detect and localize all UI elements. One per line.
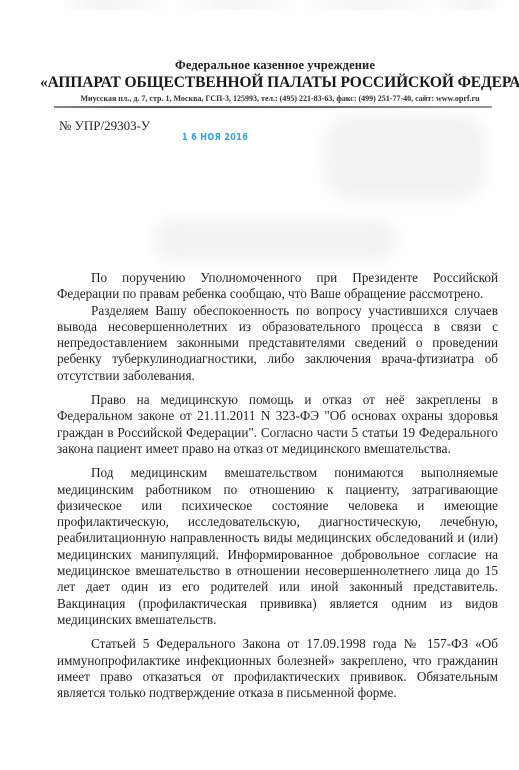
redacted-salutation [155, 220, 395, 260]
org-type: Федеральное казенное учреждение [40, 58, 510, 73]
document-page: Федеральное казенное учреждение «АППАРАТ… [0, 0, 519, 770]
letter-body: По поручению Уполномоченного при Президе… [57, 270, 498, 701]
bleed-through-text [60, 0, 500, 10]
org-address: Миусская пл., д. 7, стр. 1, Москва, ГСП-… [40, 94, 510, 103]
paragraph: По поручению Уполномоченного при Президе… [57, 270, 498, 303]
paragraph: Под медицинским вмешательством понимаютс… [57, 465, 498, 628]
paragraph: Разделяем Вашу обеспокоенность по вопрос… [57, 303, 498, 384]
paragraph: Право на медицинскую помощь и отказ от н… [57, 392, 498, 457]
org-name: «АППАРАТ ОБЩЕСТВЕННОЙ ПАЛАТЫ РОССИЙСКОЙ … [40, 74, 510, 92]
letterhead: Федеральное казенное учреждение «АППАРАТ… [40, 58, 510, 103]
redacted-recipient-block [325, 115, 485, 200]
reference-number: № УПР/29303-У [59, 118, 150, 134]
paragraph: Статьей 5 Федерального Закона от 17.09.1… [57, 636, 498, 701]
letterhead-divider [54, 106, 492, 108]
date-stamp: 1 6 НОЯ 2016 [182, 132, 248, 143]
